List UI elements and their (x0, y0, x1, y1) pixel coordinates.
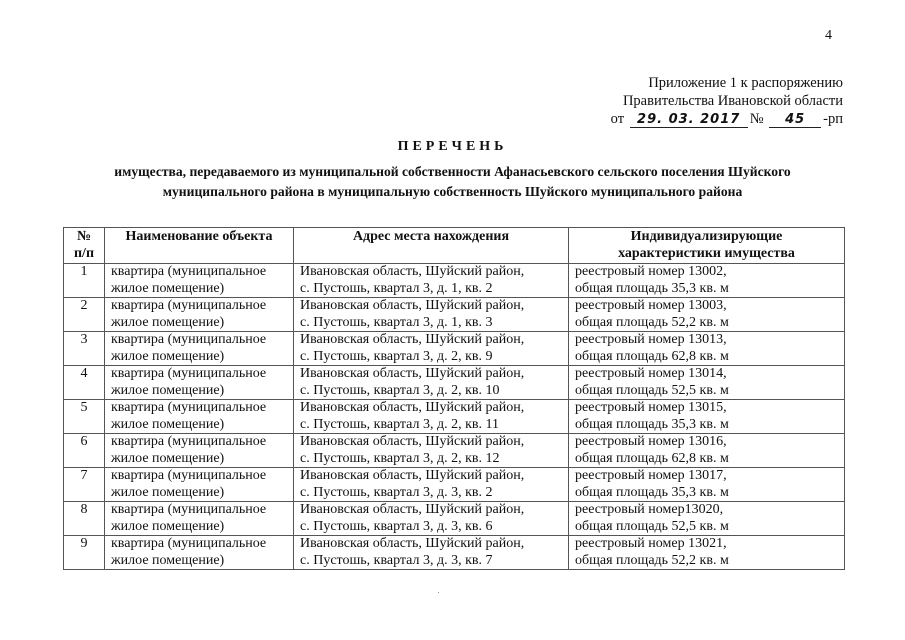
subtitle-line-2: муниципального района в муниципальную со… (40, 182, 865, 202)
table-row: 5квартира (муниципальноежилое помещение)… (64, 400, 845, 434)
address-line-2: с. Пустошь, квартал 3, д. 3, кв. 6 (300, 519, 562, 536)
characteristics-line-2: общая площадь 52,2 кв. м (575, 553, 838, 570)
document-subtitle: имущества, передаваемого из муниципально… (40, 162, 865, 202)
appendix-header: Приложение 1 к распоряжению Правительств… (611, 74, 843, 128)
characteristics-line-2: общая площадь 62,8 кв. м (575, 451, 838, 468)
header-characteristics-line-2: характеристики имущества (575, 246, 838, 263)
object-name-line-1: квартира (муниципальное (111, 536, 287, 553)
object-name-line-1: квартира (муниципальное (111, 468, 287, 485)
object-address: Ивановская область, Шуйский район,с. Пус… (294, 298, 569, 332)
number-label: № (750, 111, 764, 127)
object-characteristics: реестровый номер 13016,общая площадь 62,… (569, 434, 845, 468)
characteristics-line-2: общая площадь 35,3 кв. м (575, 485, 838, 502)
appendix-line-3: от 29. 03. 2017№ 45-рп (611, 110, 843, 128)
table-header-row: № п/п Наименование объекта Адрес места н… (64, 228, 845, 264)
object-name-line-1: квартира (муниципальное (111, 366, 287, 383)
object-name-line-1: квартира (муниципальное (111, 332, 287, 349)
header-characteristics: Индивидуализирующие характеристики имуще… (569, 228, 845, 264)
object-address: Ивановская область, Шуйский район,с. Пус… (294, 264, 569, 298)
object-name-line-2: жилое помещение) (111, 519, 287, 536)
row-number: 2 (64, 298, 105, 332)
page-number: 4 (825, 28, 832, 44)
row-number: 4 (64, 366, 105, 400)
address-line-2: с. Пустошь, квартал 3, д. 2, кв. 9 (300, 349, 562, 366)
header-characteristics-line-1: Индивидуализирующие (575, 229, 838, 246)
address-line-1: Ивановская область, Шуйский район, (300, 332, 562, 349)
table-row: 2квартира (муниципальноежилое помещение)… (64, 298, 845, 332)
address-line-2: с. Пустошь, квартал 3, д. 2, кв. 12 (300, 451, 562, 468)
table-row: 9квартира (муниципальноежилое помещение)… (64, 536, 845, 570)
row-number: 6 (64, 434, 105, 468)
object-address: Ивановская область, Шуйский район,с. Пус… (294, 332, 569, 366)
subtitle-line-1: имущества, передаваемого из муниципально… (40, 162, 865, 182)
property-table: № п/п Наименование объекта Адрес места н… (63, 227, 845, 570)
appendix-line-2: Правительства Ивановской области (611, 92, 843, 110)
object-name-line-2: жилое помещение) (111, 417, 287, 434)
document-title: ПЕРЕЧЕНЬ (0, 139, 905, 155)
object-name-line-2: жилое помещение) (111, 315, 287, 332)
object-name-line-1: квартира (муниципальное (111, 502, 287, 519)
address-line-1: Ивановская область, Шуйский район, (300, 434, 562, 451)
object-name-line-1: квартира (муниципальное (111, 298, 287, 315)
characteristics-line-2: общая площадь 35,3 кв. м (575, 417, 838, 434)
address-line-2: с. Пустошь, квартал 3, д. 1, кв. 2 (300, 281, 562, 298)
address-line-1: Ивановская область, Шуйский район, (300, 366, 562, 383)
characteristics-line-1: реестровый номер 13017, (575, 468, 838, 485)
address-line-2: с. Пустошь, квартал 3, д. 3, кв. 7 (300, 553, 562, 570)
address-line-1: Ивановская область, Шуйский район, (300, 400, 562, 417)
row-number: 8 (64, 502, 105, 536)
address-line-1: Ивановская область, Шуйский район, (300, 468, 562, 485)
address-line-2: с. Пустошь, квартал 3, д. 2, кв. 10 (300, 383, 562, 400)
table-row: 8квартира (муниципальноежилое помещение)… (64, 502, 845, 536)
table-row: 7квартира (муниципальноежилое помещение)… (64, 468, 845, 502)
object-name: квартира (муниципальноежилое помещение) (105, 332, 294, 366)
table-row: 1квартира (муниципальноежилое помещение)… (64, 264, 845, 298)
object-characteristics: реестровый номер 13014,общая площадь 52,… (569, 366, 845, 400)
address-line-1: Ивановская область, Шуйский район, (300, 264, 562, 281)
address-line-1: Ивановская область, Шуйский район, (300, 298, 562, 315)
table-row: 6квартира (муниципальноежилое помещение)… (64, 434, 845, 468)
object-name: квартира (муниципальноежилое помещение) (105, 502, 294, 536)
object-name-line-1: квартира (муниципальное (111, 400, 287, 417)
row-number: 9 (64, 536, 105, 570)
header-number-line-2: п/п (64, 246, 104, 263)
header-address: Адрес места нахождения (294, 228, 569, 264)
object-characteristics: реестровый номер 13003,общая площадь 52,… (569, 298, 845, 332)
object-name: квартира (муниципальноежилое помещение) (105, 400, 294, 434)
scan-speck (438, 592, 439, 593)
characteristics-line-1: реестровый номер13020, (575, 502, 838, 519)
object-name: квартира (муниципальноежилое помещение) (105, 468, 294, 502)
object-characteristics: реестровый номер 13013,общая площадь 62,… (569, 332, 845, 366)
row-number: 1 (64, 264, 105, 298)
object-name-line-2: жилое помещение) (111, 281, 287, 298)
characteristics-line-1: реестровый номер 13003, (575, 298, 838, 315)
object-characteristics: реестровый номер 13017,общая площадь 35,… (569, 468, 845, 502)
address-line-2: с. Пустошь, квартал 3, д. 1, кв. 3 (300, 315, 562, 332)
header-name: Наименование объекта (105, 228, 294, 264)
handwritten-number: 45 (769, 112, 821, 128)
object-name: квартира (муниципальноежилое помещение) (105, 298, 294, 332)
appendix-line-1: Приложение 1 к распоряжению (611, 74, 843, 92)
object-address: Ивановская область, Шуйский район,с. Пус… (294, 536, 569, 570)
object-name-line-2: жилое помещение) (111, 451, 287, 468)
header-number: № п/п (64, 228, 105, 264)
characteristics-line-2: общая площадь 52,5 кв. м (575, 383, 838, 400)
row-number: 3 (64, 332, 105, 366)
object-name-line-2: жилое помещение) (111, 383, 287, 400)
object-address: Ивановская область, Шуйский район,с. Пус… (294, 468, 569, 502)
row-number: 7 (64, 468, 105, 502)
object-characteristics: реестровый номер 13021,общая площадь 52,… (569, 536, 845, 570)
table-row: 4квартира (муниципальноежилое помещение)… (64, 366, 845, 400)
object-address: Ивановская область, Шуйский район,с. Пус… (294, 434, 569, 468)
handwritten-date: 29. 03. 2017 (630, 112, 748, 128)
object-address: Ивановская область, Шуйский район,с. Пус… (294, 502, 569, 536)
object-name: квартира (муниципальноежилое помещение) (105, 434, 294, 468)
characteristics-line-1: реестровый номер 13021, (575, 536, 838, 553)
object-name-line-1: квартира (муниципальное (111, 264, 287, 281)
header-number-line-1: № (64, 229, 104, 246)
address-line-1: Ивановская область, Шуйский район, (300, 536, 562, 553)
object-name-line-2: жилое помещение) (111, 349, 287, 366)
object-characteristics: реестровый номер13020,общая площадь 52,5… (569, 502, 845, 536)
order-suffix: -рп (823, 111, 843, 127)
characteristics-line-1: реестровый номер 13015, (575, 400, 838, 417)
object-name-line-1: квартира (муниципальное (111, 434, 287, 451)
characteristics-line-2: общая площадь 52,2 кв. м (575, 315, 838, 332)
characteristics-line-1: реестровый номер 13014, (575, 366, 838, 383)
table-row: 3квартира (муниципальноежилое помещение)… (64, 332, 845, 366)
characteristics-line-2: общая площадь 35,3 кв. м (575, 281, 838, 298)
object-name-line-2: жилое помещение) (111, 553, 287, 570)
object-name: квартира (муниципальноежилое помещение) (105, 366, 294, 400)
object-characteristics: реестровый номер 13002,общая площадь 35,… (569, 264, 845, 298)
object-name-line-2: жилое помещение) (111, 485, 287, 502)
characteristics-line-2: общая площадь 62,8 кв. м (575, 349, 838, 366)
characteristics-line-1: реестровый номер 13013, (575, 332, 838, 349)
from-label: от (611, 111, 624, 127)
object-address: Ивановская область, Шуйский район,с. Пус… (294, 400, 569, 434)
row-number: 5 (64, 400, 105, 434)
address-line-2: с. Пустошь, квартал 3, д. 3, кв. 2 (300, 485, 562, 502)
characteristics-line-1: реестровый номер 13016, (575, 434, 838, 451)
address-line-1: Ивановская область, Шуйский район, (300, 502, 562, 519)
address-line-2: с. Пустошь, квартал 3, д. 2, кв. 11 (300, 417, 562, 434)
object-name: квартира (муниципальноежилое помещение) (105, 536, 294, 570)
object-address: Ивановская область, Шуйский район,с. Пус… (294, 366, 569, 400)
object-characteristics: реестровый номер 13015,общая площадь 35,… (569, 400, 845, 434)
object-name: квартира (муниципальноежилое помещение) (105, 264, 294, 298)
characteristics-line-1: реестровый номер 13002, (575, 264, 838, 281)
characteristics-line-2: общая площадь 52,5 кв. м (575, 519, 838, 536)
